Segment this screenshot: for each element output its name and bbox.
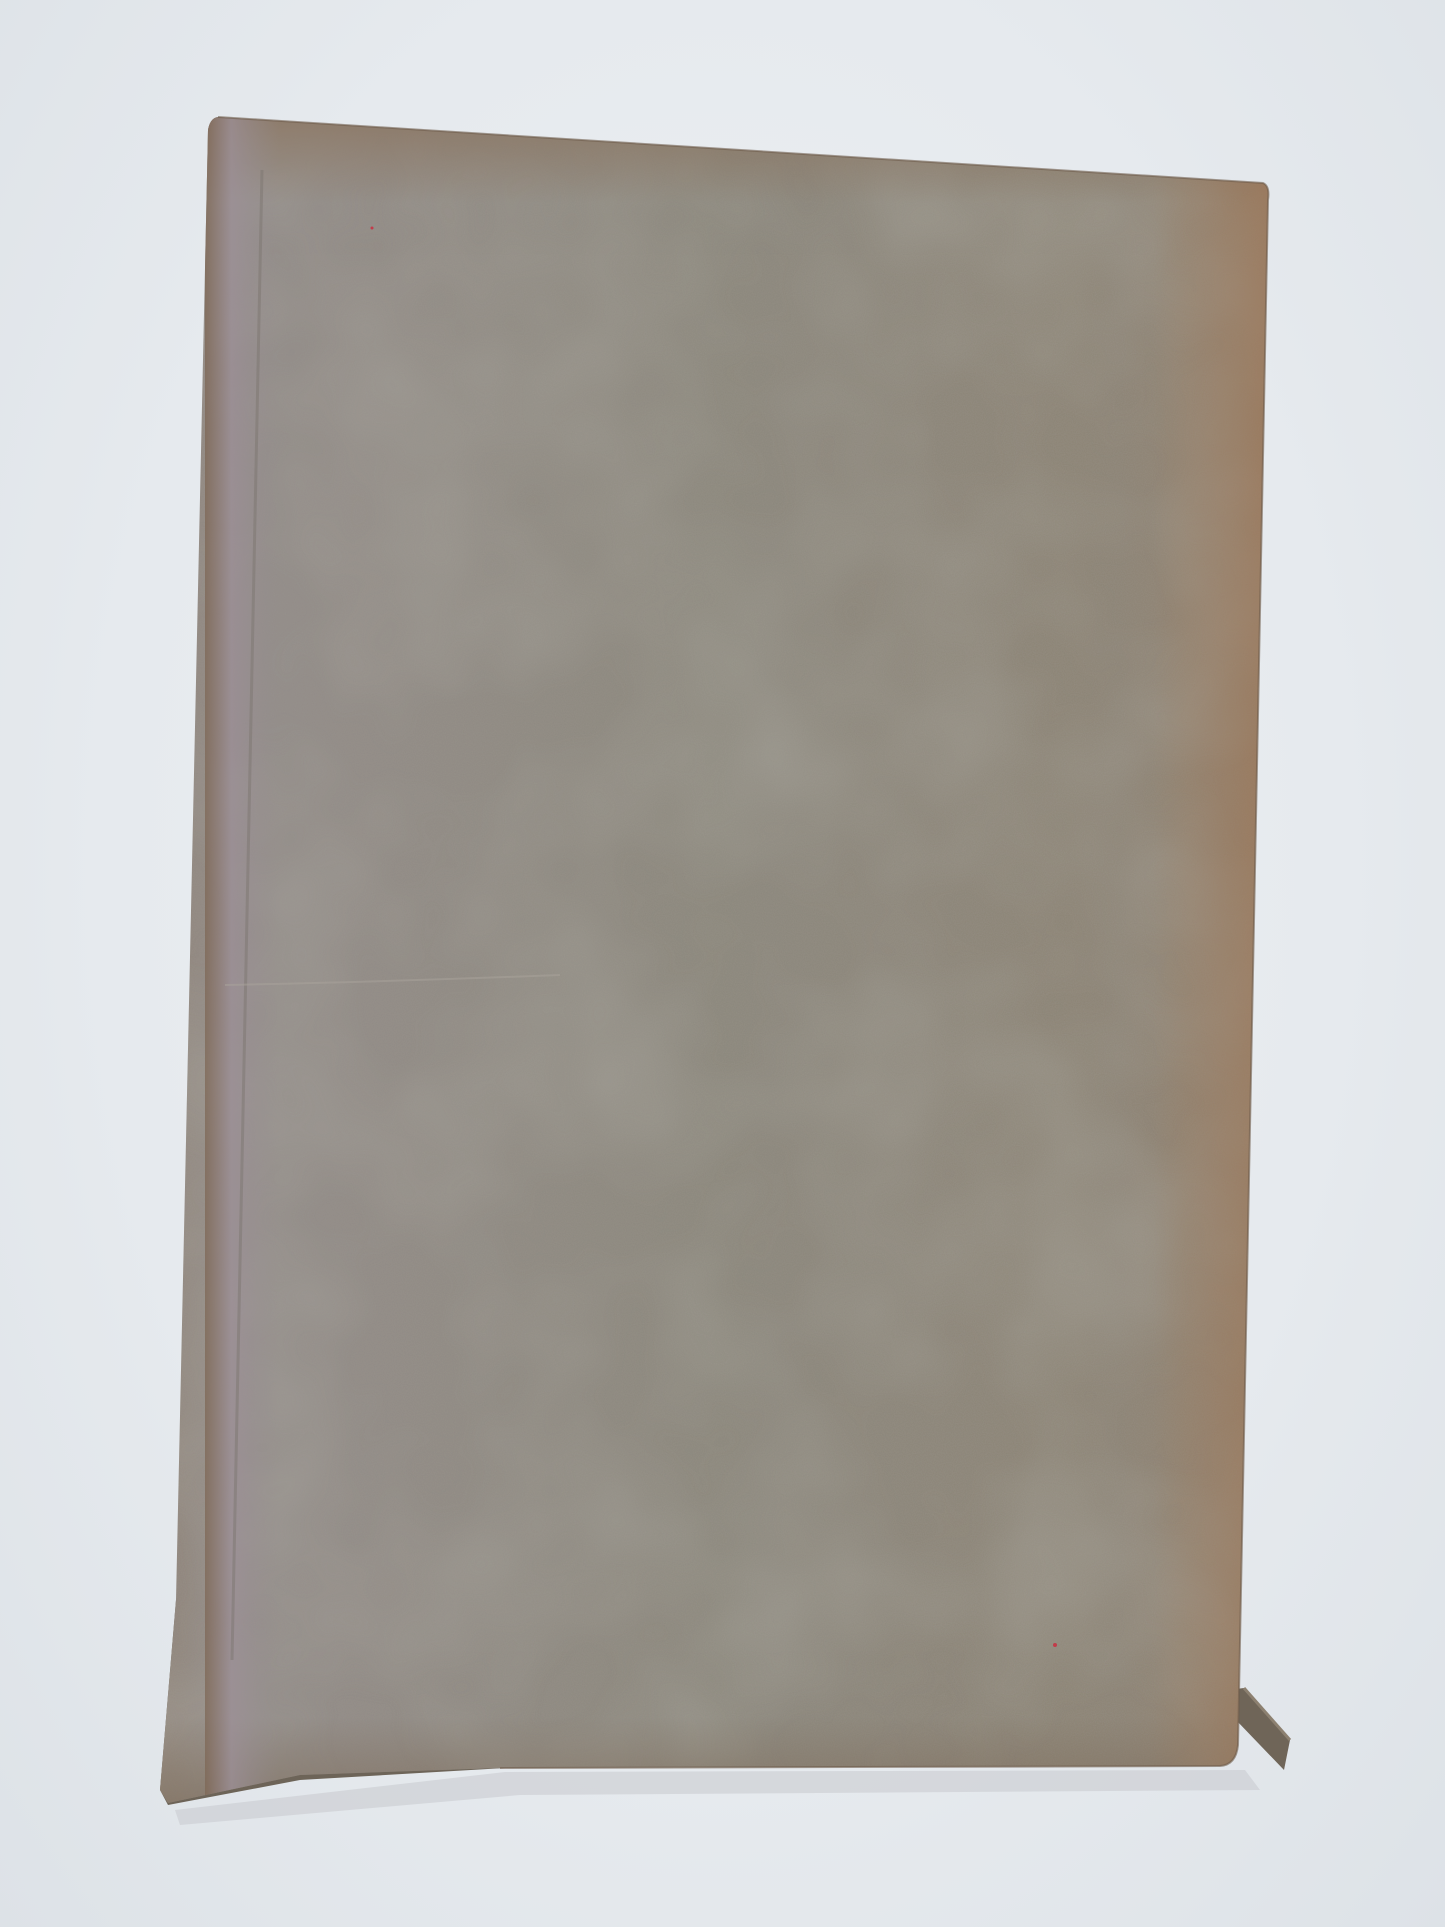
book bbox=[0, 0, 1445, 1927]
book-shadow bbox=[175, 1770, 1260, 1825]
spine-band bbox=[205, 110, 280, 1810]
photo-scene: Photograph of a closed book with a worn … bbox=[0, 0, 1445, 1927]
